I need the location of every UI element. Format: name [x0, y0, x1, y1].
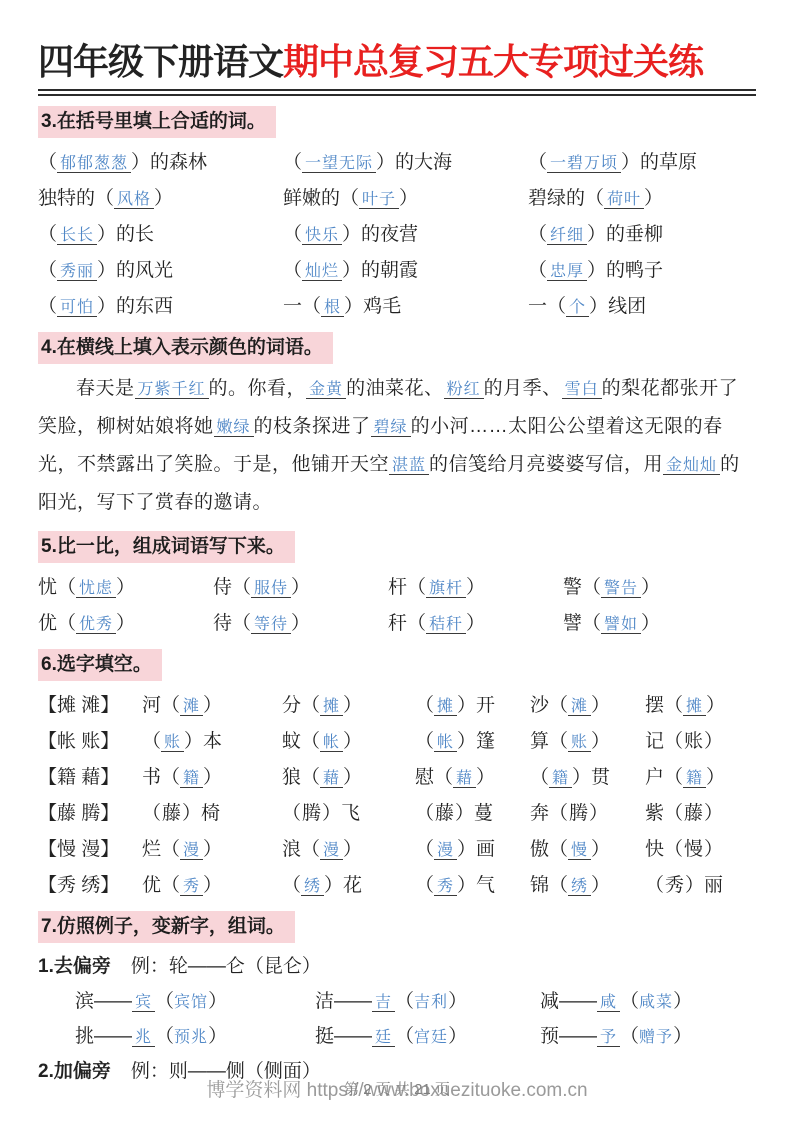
- fill-item: 河（滩）: [142, 690, 282, 717]
- answer: 籍: [180, 770, 203, 788]
- fill-item: （长长）的长: [38, 219, 283, 246]
- section-header: 7.仿照例子，变新字，组词。: [38, 911, 295, 943]
- printed-answer: 藤: [683, 803, 704, 824]
- answer: 秸秆: [426, 616, 466, 634]
- fill-item: 慰（藉）: [415, 762, 530, 789]
- fill-item: （籍）贯: [530, 762, 645, 789]
- fill-item: （藤）蔓: [415, 798, 530, 825]
- fill-item: （郁郁葱葱）的森林: [38, 147, 283, 174]
- fill-item: （腾）飞: [282, 798, 415, 825]
- fill-item: （一望无际）的大海: [283, 147, 528, 174]
- fill-item: 奔（腾）: [530, 798, 645, 825]
- section-7: 7.仿照例子，变新字，组词。1.去偏旁例：轮——仑（昆仑）滨——宾（宾馆）洁——…: [38, 903, 756, 1087]
- answer: 一望无际: [302, 155, 376, 173]
- fill-item: 忧（忧虑）: [38, 572, 213, 599]
- page-title-black: 四年级下册语文: [38, 41, 283, 82]
- choose-row: 【秀 绣】优（秀）（绣）花（秀）气锦（绣）（秀）丽: [38, 865, 756, 901]
- answer: 摊: [683, 698, 706, 716]
- fill-item: （忠厚）的鸭子: [528, 255, 756, 282]
- fill-item: 记（账）: [645, 726, 756, 753]
- choose-row: 【籍 藉】书（籍）狼（藉）慰（藉）（籍）贯户（籍）: [38, 757, 756, 793]
- section-5: 5.比一比，组成词语写下来。忧（忧虑）侍（服侍）杆（旗杆）警（警告）优（优秀）待…: [38, 523, 756, 639]
- fill-item: 预——予（赠予）: [540, 1021, 756, 1048]
- fill-item: 沙（滩）: [530, 690, 645, 717]
- fill-item: 锦（绣）: [530, 870, 645, 897]
- printed-answer: 腾: [568, 803, 589, 824]
- answer: 郁郁葱葱: [57, 155, 131, 173]
- answer: 等待: [251, 616, 291, 634]
- fill-item: 鲜嫩的（叶子）: [283, 183, 528, 210]
- fill-item: （秀）气: [415, 870, 530, 897]
- answer: 譬如: [601, 616, 641, 634]
- fill-item: （账）本: [142, 726, 282, 753]
- answer: 慢: [568, 842, 591, 860]
- answer: 荷叶: [604, 191, 644, 209]
- fill-item: 优（优秀）: [38, 608, 213, 635]
- fill-item: （秀丽）的风光: [38, 255, 283, 282]
- fill-item: 秆（秸秆）: [388, 608, 563, 635]
- fill-item: 算（账）: [530, 726, 645, 753]
- answer: 个: [566, 299, 589, 317]
- answer: 藉: [320, 770, 343, 788]
- fill-item: 一（个）线团: [528, 291, 756, 318]
- answer: 摊: [434, 698, 457, 716]
- answer: 灿烂: [302, 263, 342, 281]
- fill-item: 烂（漫）: [142, 834, 282, 861]
- page-title: 四年级下册语文期中总复习五大专项过关练: [38, 38, 756, 86]
- answer-char: 宾: [132, 994, 155, 1012]
- answer: 秀丽: [57, 263, 97, 281]
- answer: 碧绿: [371, 419, 411, 437]
- answer: 秀: [434, 878, 457, 896]
- option-pair: 【摊 滩】: [38, 690, 142, 717]
- page-footer: 博学资料网 https://www.boxuezituoke.com.cn 第 …: [0, 1075, 794, 1101]
- option-pair: 【秀 绣】: [38, 870, 142, 897]
- answer: 旗杆: [426, 580, 466, 598]
- fill-item: （藤）椅: [142, 798, 282, 825]
- answer: 粉红: [444, 381, 484, 399]
- worksheet-content: 3.在括号里填上合适的词。（郁郁葱葱）的森林（一望无际）的大海（一碧万顷）的草原…: [38, 98, 756, 1087]
- fill-item: 挺——廷（宫廷）: [315, 1021, 540, 1048]
- answer-word: 赠予: [639, 1029, 673, 1046]
- fill-item: 洁——吉（吉利）: [315, 986, 540, 1013]
- answer-word: 宾馆: [174, 994, 208, 1011]
- fill-row: 优（优秀）待（等待）秆（秸秆）譬（譬如）: [38, 603, 756, 639]
- section-6: 6.选字填空。【摊 滩】河（滩）分（摊）（摊）开沙（滩）摆（摊）【帐 账】（账）…: [38, 641, 756, 901]
- fill-row: （郁郁葱葱）的森林（一望无际）的大海（一碧万顷）的草原: [38, 142, 756, 178]
- answer-char: 咸: [597, 994, 620, 1012]
- derive-row: 挑——兆（预兆）挺——廷（宫廷）预——予（赠予）: [38, 1017, 756, 1052]
- answer: 纤细: [547, 227, 587, 245]
- fill-item: （一碧万顷）的草原: [528, 147, 756, 174]
- fill-item: （帐）篷: [415, 726, 530, 753]
- answer: 滩: [180, 698, 203, 716]
- fill-item: 待（等待）: [213, 608, 388, 635]
- answer: 可怕: [57, 299, 97, 317]
- option-pair: 【帐 账】: [38, 726, 142, 753]
- answer: 嫩绿: [214, 419, 254, 437]
- answer: 优秀: [76, 616, 116, 634]
- fill-item: 警（警告）: [563, 572, 756, 599]
- option-pair: 【籍 藉】: [38, 762, 142, 789]
- fill-row: （可怕）的东西一（根）鸡毛一（个）线团: [38, 286, 756, 322]
- answer-word: 预兆: [174, 1029, 208, 1046]
- fill-item: 户（籍）: [645, 762, 756, 789]
- section-header: 3.在括号里填上合适的词。: [38, 106, 276, 138]
- answer: 风格: [114, 191, 154, 209]
- fill-item: 傲（慢）: [530, 834, 645, 861]
- fill-row: 独特的（风格）鲜嫩的（叶子）碧绿的（荷叶）: [38, 178, 756, 214]
- printed-answer: 慢: [683, 839, 704, 860]
- fill-item: 狼（藉）: [282, 762, 415, 789]
- answer: 一碧万顷: [547, 155, 621, 173]
- answer: 漫: [180, 842, 203, 860]
- fill-item: （可怕）的东西: [38, 291, 283, 318]
- answer: 摊: [320, 698, 343, 716]
- fill-item: （绣）花: [282, 870, 415, 897]
- answer: 叶子: [359, 191, 399, 209]
- fill-item: （摊）开: [415, 690, 530, 717]
- fill-row: （长长）的长（快乐）的夜营（纤细）的垂柳: [38, 214, 756, 250]
- fill-item: 紫（藤）: [645, 798, 756, 825]
- answer: 帐: [434, 734, 457, 752]
- fill-item: 减——咸（咸菜）: [540, 986, 756, 1013]
- section-header: 6.选字填空。: [38, 649, 162, 681]
- choose-row: 【帐 账】（账）本蚊（帐）（帐）篷算（账）记（账）: [38, 721, 756, 757]
- answer: 警告: [601, 580, 641, 598]
- fill-item: 滨——宾（宾馆）: [75, 986, 315, 1013]
- answer: 万紫千红: [135, 381, 209, 399]
- fill-item: 一（根）鸡毛: [283, 291, 528, 318]
- worksheet-page: 四年级下册语文期中总复习五大专项过关练 3.在括号里填上合适的词。（郁郁葱葱）的…: [0, 0, 794, 1123]
- fill-item: 挑——兆（预兆）: [75, 1021, 315, 1048]
- fill-item: （灿烂）的朝霞: [283, 255, 528, 282]
- answer: 漫: [320, 842, 343, 860]
- printed-answer: 秀: [664, 875, 685, 896]
- section-header: 5.比一比，组成词语写下来。: [38, 531, 295, 563]
- answer-word: 宫廷: [414, 1029, 448, 1046]
- fill-item: 杆（旗杆）: [388, 572, 563, 599]
- page-title-red: 期中总复习五大专项过关练: [283, 41, 703, 82]
- answer: 账: [161, 734, 184, 752]
- answer: 帐: [320, 734, 343, 752]
- answer: 秀: [180, 878, 203, 896]
- section-4: 4.在横线上填入表示颜色的词语。春天是万紫千红的。你看，金黄的油菜花、粉红的月季…: [38, 324, 756, 521]
- section-header: 4.在横线上填入表示颜色的词语。: [38, 332, 333, 364]
- answer: 根: [321, 299, 344, 317]
- fill-item: （纤细）的垂柳: [528, 219, 756, 246]
- answer: 忧虑: [76, 580, 116, 598]
- sub-label-bold: 1.去偏旁: [38, 951, 111, 978]
- option-pair: 【慢 漫】: [38, 834, 142, 861]
- choose-row: 【慢 漫】烂（漫）浪（漫）（漫）画傲（慢）快（慢）: [38, 829, 756, 865]
- fill-item: 独特的（风格）: [38, 183, 283, 210]
- section-3: 3.在括号里填上合适的词。（郁郁葱葱）的森林（一望无际）的大海（一碧万顷）的草原…: [38, 98, 756, 322]
- answer-char: 予: [597, 1029, 620, 1047]
- answer: 快乐: [302, 227, 342, 245]
- answer-word: 吉利: [414, 994, 448, 1011]
- answer: 长长: [57, 227, 97, 245]
- answer: 湛蓝: [389, 457, 429, 475]
- fill-item: 侍（服侍）: [213, 572, 388, 599]
- choose-row: 【藤 腾】（藤）椅（腾）飞（藤）蔓奔（腾）紫（藤）: [38, 793, 756, 829]
- answer: 账: [568, 734, 591, 752]
- fill-row: 忧（忧虑）侍（服侍）杆（旗杆）警（警告）: [38, 567, 756, 603]
- fill-item: 书（籍）: [142, 762, 282, 789]
- title-divider: [38, 89, 756, 96]
- answer: 绣: [301, 878, 324, 896]
- printed-answer: 藤: [434, 803, 455, 824]
- fill-item: 蚊（帐）: [282, 726, 415, 753]
- fill-item: （快乐）的夜营: [283, 219, 528, 246]
- fill-item: 摆（摊）: [645, 690, 756, 717]
- answer: 籍: [683, 770, 706, 788]
- answer: 藉: [453, 770, 476, 788]
- answer-char: 廷: [372, 1029, 395, 1047]
- fill-item: 譬（譬如）: [563, 608, 756, 635]
- printed-answer: 藤: [161, 803, 182, 824]
- answer-char: 兆: [132, 1029, 155, 1047]
- page-number: 第 2 页 共 21 页: [0, 1078, 794, 1099]
- choose-row: 【摊 滩】河（滩）分（摊）（摊）开沙（滩）摆（摊）: [38, 685, 756, 721]
- answer: 绣: [568, 878, 591, 896]
- answer: 服侍: [251, 580, 291, 598]
- fill-item: 快（慢）: [645, 834, 756, 861]
- answer: 滩: [568, 698, 591, 716]
- option-pair: 【藤 腾】: [38, 798, 142, 825]
- fill-item: 浪（漫）: [282, 834, 415, 861]
- answer: 金灿灿: [663, 457, 720, 475]
- sub-label: 1.去偏旁例：轮——仑（昆仑）: [38, 947, 756, 982]
- answer-char: 吉: [372, 994, 395, 1012]
- printed-answer: 账: [683, 731, 704, 752]
- fill-paragraph: 春天是万紫千红的。你看，金黄的油菜花、粉红的月季、雪白的梨花都张开了笑脸，柳树姑…: [38, 370, 756, 521]
- fill-item: （秀）丽: [645, 870, 756, 897]
- fill-item: 碧绿的（荷叶）: [528, 183, 756, 210]
- printed-answer: 腾: [301, 803, 322, 824]
- answer: 漫: [434, 842, 457, 860]
- derive-row: 滨——宾（宾馆）洁——吉（吉利）减——咸（咸菜）: [38, 982, 756, 1017]
- answer: 忠厚: [547, 263, 587, 281]
- answer-word: 咸菜: [639, 994, 673, 1011]
- fill-item: （漫）画: [415, 834, 530, 861]
- fill-row: （秀丽）的风光（灿烂）的朝霞（忠厚）的鸭子: [38, 250, 756, 286]
- fill-item: 分（摊）: [282, 690, 415, 717]
- fill-item: 优（秀）: [142, 870, 282, 897]
- answer: 金黄: [306, 381, 346, 399]
- answer: 雪白: [562, 381, 602, 399]
- answer: 籍: [549, 770, 572, 788]
